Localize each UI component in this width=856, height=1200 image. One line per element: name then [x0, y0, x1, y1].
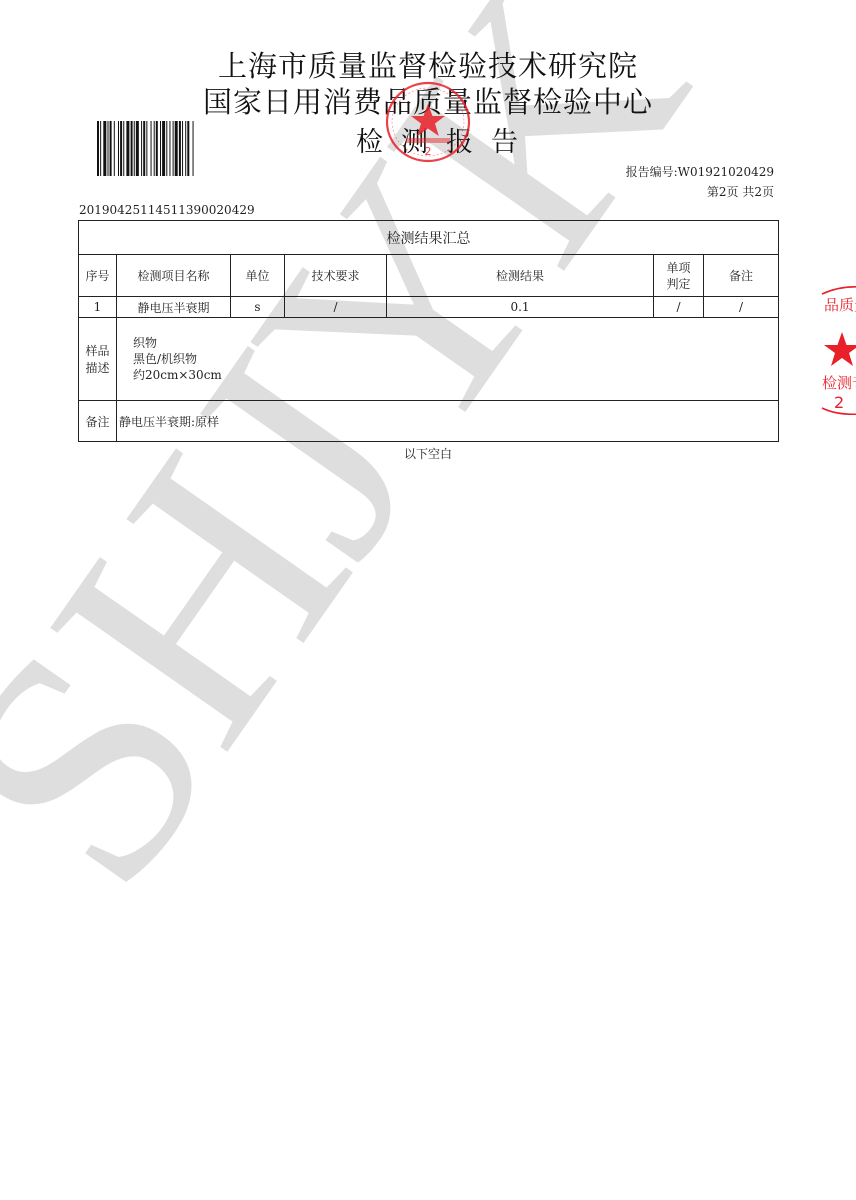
- sample-description-text: 织物 黑色/机织物 约20cm×30cm: [117, 318, 779, 401]
- column-header-judgement: 单项判定: [654, 255, 704, 297]
- cell-result: 0.1: [387, 297, 654, 318]
- report-number: 报告编号:W01921020429: [626, 163, 774, 180]
- column-header-judgement-label: 单项判定: [654, 260, 703, 292]
- cell-item: 静电压半衰期: [117, 297, 231, 318]
- svg-text:2: 2: [425, 145, 432, 158]
- edge-seal-stamp: 品质量 检测专 2: [818, 280, 856, 420]
- star-icon: [824, 332, 856, 366]
- cell-remark: /: [704, 297, 779, 318]
- remark-label: 备注: [79, 401, 117, 442]
- table-row: 1 静电压半衰期 s / 0.1 / /: [79, 297, 779, 318]
- serial-number: 20190425114511390020429: [79, 203, 255, 217]
- official-seal-stamp: 2: [382, 80, 474, 164]
- svg-text:2: 2: [834, 393, 844, 412]
- column-header-item: 检测项目名称: [117, 255, 231, 297]
- column-header-index: 序号: [79, 255, 117, 297]
- cell-unit: s: [231, 297, 285, 318]
- institute-name: 上海市质量监督检验技术研究院: [0, 44, 856, 85]
- column-header-requirement: 技术要求: [285, 255, 387, 297]
- cell-requirement: /: [285, 297, 387, 318]
- svg-text:检测专: 检测专: [822, 374, 856, 392]
- results-summary-table: 检测结果汇总 序号 检测项目名称 单位 技术要求 检测结果 单项判定 备注 1 …: [78, 220, 779, 442]
- sample-desc-line: 织物: [133, 335, 778, 351]
- cell-judgement: /: [654, 297, 704, 318]
- star-icon: [411, 104, 445, 136]
- remark-text: 静电压半衰期:原样: [117, 401, 779, 442]
- sample-desc-line: 黑色/机织物: [133, 351, 778, 367]
- column-header-result: 检测结果: [387, 255, 654, 297]
- page-indicator: 第2页 共2页: [707, 183, 774, 200]
- watermark-shjyk: SHJYK: [0, 0, 856, 1200]
- sample-desc-line: 约20cm×30cm: [133, 367, 778, 383]
- sample-description-row: 样品描述 织物 黑色/机织物 约20cm×30cm: [79, 318, 779, 401]
- svg-text:品质量: 品质量: [824, 296, 856, 314]
- column-header-unit: 单位: [231, 255, 285, 297]
- sample-description-label: 样品描述: [79, 318, 117, 401]
- table-header-row: 序号 检测项目名称 单位 技术要求 检测结果 单项判定 备注: [79, 255, 779, 297]
- cell-index: 1: [79, 297, 117, 318]
- remark-row: 备注 静电压半衰期:原样: [79, 401, 779, 442]
- column-header-remark: 备注: [704, 255, 779, 297]
- table-title: 检测结果汇总: [79, 221, 779, 255]
- below-blank-note: 以下空白: [0, 445, 856, 462]
